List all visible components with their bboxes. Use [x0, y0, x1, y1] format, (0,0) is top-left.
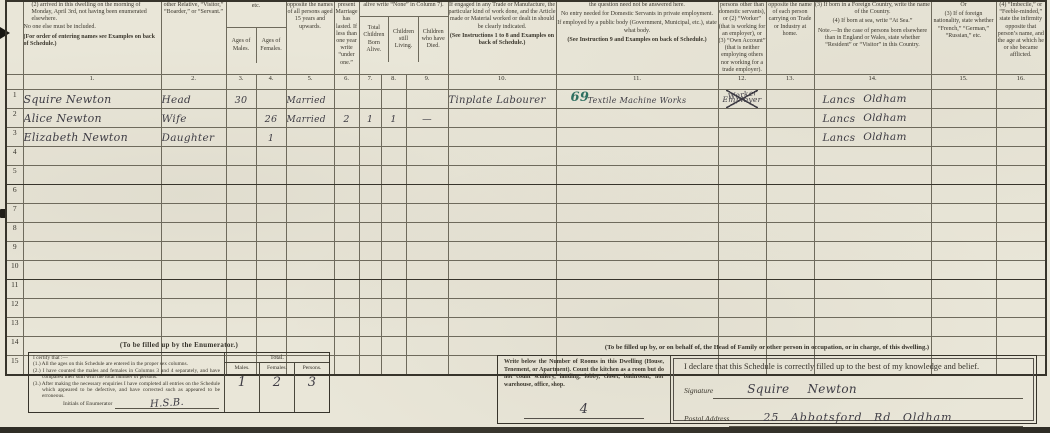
- cell-at-home: [766, 127, 814, 146]
- name-entry: Elizabeth Newton: [24, 131, 128, 144]
- birthplace-town-entry: Oldham: [863, 131, 906, 143]
- cell-birthplace: [814, 184, 931, 203]
- cell-age-female: [256, 241, 286, 260]
- cell-industry: [556, 241, 718, 260]
- cell-birthplace: [814, 146, 931, 165]
- header-col-ages-females: Ages of Females.: [256, 28, 286, 63]
- header-col-ages: etc. Ages of Males. Ages of Females.: [226, 1, 286, 74]
- initials-underline: H.S.B.: [115, 397, 219, 409]
- cell-name: [23, 184, 161, 203]
- cell-industry: [556, 260, 718, 279]
- cell-years-married: [334, 203, 359, 222]
- cell-nationality: [931, 222, 996, 241]
- cell-years-married: [334, 260, 359, 279]
- cell-relation: [161, 165, 226, 184]
- cell-children-born: [359, 165, 381, 184]
- cell-industry: [556, 317, 718, 336]
- colnum-3: 3.: [226, 74, 256, 89]
- cell-nationality: [931, 241, 996, 260]
- cell-nationality: [931, 127, 996, 146]
- cell-infirmity: [996, 222, 1046, 241]
- cell-infirmity: [996, 127, 1046, 146]
- row-number: 3: [6, 127, 23, 146]
- header-col-ages-males: Ages of Males.: [227, 28, 256, 63]
- cell-children-living: [381, 279, 406, 298]
- cell-relation: Daughter: [161, 127, 226, 146]
- postal-address-underline: 25 Abbotsford Rd Oldham: [729, 408, 1023, 427]
- cell-years-married: 2: [334, 108, 359, 127]
- cell-children-died: [406, 317, 448, 336]
- birthplace-town-entry: Oldham: [863, 93, 906, 105]
- cell-name: Alice Newton: [23, 108, 161, 127]
- cell-employment-status: [718, 108, 766, 127]
- cell-occupation: [448, 260, 556, 279]
- cell-industry: [556, 127, 718, 146]
- cell-children-living: [381, 222, 406, 241]
- cell-birthplace: [814, 298, 931, 317]
- cell-age-female: [256, 184, 286, 203]
- employment-worker-entry: [719, 279, 766, 284]
- cell-relation: [161, 241, 226, 260]
- signature-line: Signature Squire Newton: [684, 380, 1023, 399]
- row-number: 11: [6, 279, 23, 298]
- employment-worker-entry: [719, 298, 766, 303]
- initials-line: Initials of Enumerator H.S.B.: [63, 397, 219, 409]
- cell-children-died: [406, 355, 448, 375]
- age-female-entry: 1: [268, 133, 274, 144]
- cell-relation: [161, 222, 226, 241]
- cell-children-living: 1: [381, 108, 406, 127]
- cell-years-married: [334, 146, 359, 165]
- cell-name: [23, 298, 161, 317]
- cell-children-born: [359, 146, 381, 165]
- cell-age-male: [226, 165, 256, 184]
- cell-at-home: [766, 298, 814, 317]
- cell-nationality: [931, 146, 996, 165]
- cell-employment-status: [718, 298, 766, 317]
- cell-age-male: 30: [226, 89, 256, 108]
- cell-nationality: [931, 165, 996, 184]
- cell-age-female: [256, 146, 286, 165]
- header-col-children-born: Total Children Born Alive.: [360, 17, 389, 62]
- relation-entry: Daughter: [162, 132, 215, 144]
- declaration-text: I declare that this Schedule is correctl…: [684, 362, 1023, 371]
- scan-bottom-edge: [0, 427, 1050, 433]
- cell-children-living: [381, 241, 406, 260]
- cell-occupation: [448, 222, 556, 241]
- cell-years-married: [334, 279, 359, 298]
- cell-employment-status: [718, 279, 766, 298]
- header-col-children: alive write “None” in Column 7). Total C…: [359, 1, 448, 74]
- age-male-entry: 30: [235, 95, 248, 106]
- cell-age-female: [256, 165, 286, 184]
- cell-name: [23, 146, 161, 165]
- cell-relation: [161, 317, 226, 336]
- colnum-16: 16.: [996, 74, 1046, 89]
- rooms-value-entry: 4: [580, 402, 589, 417]
- cell-occupation: [448, 298, 556, 317]
- cell-birthplace: [814, 222, 931, 241]
- cell-occupation: [448, 279, 556, 298]
- employment-worker-entry: [719, 317, 766, 322]
- cell-children-born: [359, 317, 381, 336]
- cell-infirmity: [996, 184, 1046, 203]
- children-born-entry: 1: [367, 114, 373, 125]
- cell-children-died: [406, 127, 448, 146]
- cell-nationality: [931, 298, 996, 317]
- males-label: Males.: [234, 363, 249, 371]
- row-number: 2: [6, 108, 23, 127]
- cell-nationality: [931, 108, 996, 127]
- cell-years-married: [334, 355, 359, 375]
- cell-name: [23, 279, 161, 298]
- cell-nationality: [931, 184, 996, 203]
- colnum-14: 14.: [814, 74, 931, 89]
- cell-years-married: [334, 241, 359, 260]
- employment-worker-entry: [719, 184, 766, 189]
- employment-worker-entry: [719, 336, 766, 341]
- cell-infirmity: [996, 203, 1046, 222]
- cell-marriage: [286, 165, 334, 184]
- cell-children-living: [381, 165, 406, 184]
- age-female-entry: 26: [265, 114, 278, 125]
- row-number: 14: [6, 336, 23, 355]
- cell-occupation: [448, 317, 556, 336]
- cell-birthplace: [814, 165, 931, 184]
- cell-name: [23, 203, 161, 222]
- employment-worker-entry: [719, 241, 766, 246]
- column-number-row: 1. 2. 3. 4. 5. 6. 7. 8. 9. 10. 11. 12. 1…: [6, 74, 1046, 89]
- cell-children-living: [381, 127, 406, 146]
- total-females-col: Females. 2: [259, 363, 294, 412]
- cell-age-female: 26: [256, 108, 286, 127]
- table-row: 13: [6, 317, 1046, 336]
- header-col-birthplace: (3) If born in a Foreign Country, write …: [814, 1, 931, 74]
- colnum-12: 12.: [718, 74, 766, 89]
- postal-address-line: Postal Address 25 Abbotsford Rd Oldham: [684, 408, 1023, 427]
- cell-birthplace: [814, 260, 931, 279]
- cell-name: [23, 260, 161, 279]
- cell-children-living: [381, 89, 406, 108]
- cell-industry: 69Textile Machine Works: [556, 89, 718, 108]
- industry-entry: Textile Machine Works: [588, 96, 687, 105]
- cell-marriage: [286, 203, 334, 222]
- marriage-entry: Married: [287, 115, 326, 125]
- cell-children-died: [406, 336, 448, 355]
- table-row: 1 Squire Newton Head 30 Married Tinplate…: [6, 89, 1046, 108]
- header-col-particulars: opposite the names of all persons aged 1…: [286, 1, 334, 74]
- cell-employment-status: [718, 184, 766, 203]
- cell-children-born: [359, 298, 381, 317]
- cell-at-home: [766, 317, 814, 336]
- employment-worker-entry: [719, 146, 766, 151]
- header-col1-line1: (2) arrived in this dwelling on the morn…: [24, 2, 161, 24]
- row-number: 5: [6, 165, 23, 184]
- census-table: (2) arrived in this dwelling on the morn…: [5, 0, 1047, 376]
- cell-employment-status: [718, 260, 766, 279]
- table-row: 12: [6, 298, 1046, 317]
- header-col-nationality: Or (3) If of foreign nationality, state …: [931, 1, 996, 74]
- postal-address-label: Postal Address: [684, 414, 729, 423]
- cell-at-home: [766, 89, 814, 108]
- cell-nationality: [931, 203, 996, 222]
- row-number: 13: [6, 317, 23, 336]
- cell-children-living: [381, 336, 406, 355]
- employment-worker-entry: [719, 165, 766, 170]
- cell-birthplace: [814, 317, 931, 336]
- cell-infirmity: [996, 317, 1046, 336]
- cell-age-female: [256, 260, 286, 279]
- cell-years-married: [334, 127, 359, 146]
- cell-at-home: [766, 184, 814, 203]
- cell-employment-status: [718, 222, 766, 241]
- cell-name: [23, 165, 161, 184]
- cell-industry: [556, 298, 718, 317]
- cell-industry: [556, 165, 718, 184]
- table-row: 7: [6, 203, 1046, 222]
- cell-name: [23, 241, 161, 260]
- signature-entry: Squire Newton: [747, 382, 857, 396]
- header-col-employment-status: persons other than domestic servants), o…: [718, 1, 766, 74]
- birthplace-county-entry: Lancs: [823, 113, 856, 125]
- cell-birthplace: [814, 279, 931, 298]
- cell-relation: [161, 146, 226, 165]
- cell-occupation: Tinplate Labourer: [448, 89, 556, 108]
- enumerator-box: I certify that :— (1.) All the ages on t…: [28, 352, 330, 413]
- cell-name: Squire Newton: [23, 89, 161, 108]
- cell-relation: Head: [161, 89, 226, 108]
- cell-industry: [556, 279, 718, 298]
- cell-industry: [556, 146, 718, 165]
- cell-relation: [161, 279, 226, 298]
- census-form-scan: (2) arrived in this dwelling on the morn…: [0, 0, 1050, 433]
- row-number: 8: [6, 222, 23, 241]
- certify-item-2: (2.) I have counted the males and female…: [33, 368, 220, 381]
- cell-age-male: [226, 298, 256, 317]
- cell-infirmity: [996, 260, 1046, 279]
- cell-marriage: [286, 279, 334, 298]
- males-value: 1: [238, 375, 247, 390]
- header-col-occupation: If engaged in any Trade or Manufacture, …: [448, 1, 556, 74]
- cell-children-died: [406, 203, 448, 222]
- cell-name: Elizabeth Newton: [23, 127, 161, 146]
- cell-relation: [161, 298, 226, 317]
- cell-children-born: [359, 260, 381, 279]
- cell-relation: [161, 260, 226, 279]
- table-row: 10: [6, 260, 1046, 279]
- cell-years-married: [334, 165, 359, 184]
- cell-infirmity: [996, 146, 1046, 165]
- cell-occupation: [448, 203, 556, 222]
- cell-employment-status: [718, 127, 766, 146]
- head-section-title: (To be filled up by, or on behalf of, th…: [497, 344, 1037, 351]
- cell-marriage: [286, 241, 334, 260]
- cell-children-died: [406, 89, 448, 108]
- total-label: Total.: [225, 353, 329, 363]
- cell-age-female: [256, 279, 286, 298]
- header-rownum: [6, 1, 23, 74]
- cell-children-living: [381, 184, 406, 203]
- cell-industry: [556, 184, 718, 203]
- colnum-7: 7.: [359, 74, 381, 89]
- cell-children-died: [406, 184, 448, 203]
- cell-at-home: [766, 241, 814, 260]
- colnum-15: 15.: [931, 74, 996, 89]
- header-col-infirmity: (4) “Imbecile,” or “Feeble-minded,” stat…: [996, 1, 1046, 74]
- cell-children-died: —: [406, 108, 448, 127]
- table-row: 11: [6, 279, 1046, 298]
- rooms-underline: 4: [524, 400, 644, 419]
- cell-children-born: [359, 241, 381, 260]
- cell-marriage: Married: [286, 89, 334, 108]
- cell-children-living: [381, 146, 406, 165]
- cell-age-male: [226, 108, 256, 127]
- cell-at-home: [766, 146, 814, 165]
- cell-infirmity: [996, 241, 1046, 260]
- cell-children-born: 1: [359, 108, 381, 127]
- postal-address-entry: 25 Abbotsford Rd Oldham: [763, 411, 952, 424]
- cell-age-male: [226, 317, 256, 336]
- females-value: 2: [273, 375, 282, 390]
- relation-entry: Wife: [162, 113, 187, 125]
- row-number: 15: [6, 355, 23, 375]
- cell-children-died: [406, 146, 448, 165]
- row-number: 9: [6, 241, 23, 260]
- cell-age-male: [226, 203, 256, 222]
- table-row: 2 Alice Newton Wife 26 Married 2 1 1 — L…: [6, 108, 1046, 127]
- cell-children-living: [381, 260, 406, 279]
- cell-industry: [556, 222, 718, 241]
- cell-at-home: [766, 165, 814, 184]
- signature-label: Signature: [684, 386, 713, 395]
- cell-occupation: [448, 165, 556, 184]
- cell-children-died: [406, 222, 448, 241]
- cell-at-home: [766, 260, 814, 279]
- cell-children-living: [381, 298, 406, 317]
- cell-children-born: [359, 203, 381, 222]
- cell-relation: [161, 203, 226, 222]
- cell-employment-status: WorkerEmployer: [718, 89, 766, 108]
- cell-employment-status: [718, 203, 766, 222]
- employment-worker-entry: [719, 222, 766, 227]
- table-row: 6: [6, 184, 1046, 203]
- cell-infirmity: [996, 165, 1046, 184]
- employment-worker-entry: [719, 203, 766, 208]
- cell-age-female: [256, 89, 286, 108]
- cell-birthplace: LancsOldham: [814, 89, 931, 108]
- females-label: Females.: [267, 363, 287, 371]
- cell-age-male: [226, 241, 256, 260]
- birthplace-county-entry: Lancs: [823, 94, 856, 106]
- employment-worker-entry: [719, 127, 766, 132]
- cell-birthplace: LancsOldham: [814, 108, 931, 127]
- cell-industry: [556, 108, 718, 127]
- header-children-top: alive write “None” in Column 7).: [360, 2, 448, 16]
- cell-occupation: [448, 108, 556, 127]
- persons-value: 3: [308, 375, 317, 390]
- birthplace-town-entry: Oldham: [863, 112, 906, 124]
- cell-infirmity: [996, 89, 1046, 108]
- initials-entry: H.S.B.: [150, 397, 185, 410]
- header-col-relation: other Relative, “Visitor,” “Boarder,” or…: [161, 1, 226, 74]
- cell-children-died: [406, 260, 448, 279]
- header-col-working-at-home: opposite the name of each person carryin…: [766, 1, 814, 74]
- header-col1-line3: (For order of entering names see Example…: [24, 34, 161, 48]
- cell-birthplace: [814, 241, 931, 260]
- colnum-6: 6.: [334, 74, 359, 89]
- cell-age-female: [256, 222, 286, 241]
- header-col-industry: the question need not be answered here. …: [556, 1, 718, 74]
- cell-age-female: [256, 203, 286, 222]
- cell-nationality: [931, 317, 996, 336]
- enumerator-section-title: (To be filled up by the Enumerator.): [28, 341, 330, 349]
- relation-entry: Head: [162, 94, 192, 106]
- colnum-9: 9.: [406, 74, 448, 89]
- row-number: 12: [6, 298, 23, 317]
- signature-underline: Squire Newton: [713, 380, 1023, 399]
- table-row: 8: [6, 222, 1046, 241]
- cell-employment-status: [718, 317, 766, 336]
- occupation-code-mark: 69: [571, 90, 590, 105]
- colnum-1: 1.: [23, 74, 161, 89]
- cell-children-living: [381, 355, 406, 375]
- header-ages-top: etc.: [227, 2, 286, 27]
- enumerator-certification: I certify that :— (1.) All the ages on t…: [29, 353, 224, 412]
- children-died-entry: —: [422, 114, 432, 125]
- cell-years-married: [334, 317, 359, 336]
- cell-nationality: [931, 279, 996, 298]
- cell-age-male: [226, 146, 256, 165]
- cell-children-born: [359, 184, 381, 203]
- cell-children-died: [406, 298, 448, 317]
- cell-children-died: [406, 279, 448, 298]
- colnum-4: 4.: [256, 74, 286, 89]
- cell-years-married: [334, 298, 359, 317]
- declaration-cell: I declare that this Schedule is correctl…: [670, 356, 1036, 423]
- cell-children-born: [359, 355, 381, 375]
- rooms-instructions: Write below the Number of Rooms in this …: [504, 359, 664, 389]
- cell-children-born: [359, 336, 381, 355]
- cell-marriage: [286, 146, 334, 165]
- header-col-years-married: present Marriage has lasted. If less tha…: [334, 1, 359, 74]
- row-number: 4: [6, 146, 23, 165]
- name-entry: Squire Newton: [24, 93, 112, 106]
- cell-age-female: 1: [256, 127, 286, 146]
- employment-employer-entry: Employer: [719, 96, 766, 104]
- header-col-children-died: Children who have Died.: [418, 17, 448, 62]
- cell-name: [23, 222, 161, 241]
- cell-occupation: [448, 127, 556, 146]
- cell-at-home: [766, 203, 814, 222]
- cell-age-male: [226, 127, 256, 146]
- cell-marriage: [286, 127, 334, 146]
- cell-marriage: [286, 298, 334, 317]
- name-entry: Alice Newton: [24, 112, 102, 125]
- cell-relation: Wife: [161, 108, 226, 127]
- row-number: 7: [6, 203, 23, 222]
- table-row: 3 Elizabeth Newton Daughter 1 LancsOldha…: [6, 127, 1046, 146]
- cell-at-home: [766, 279, 814, 298]
- cell-age-female: [256, 298, 286, 317]
- cell-industry: [556, 203, 718, 222]
- cell-marriage: [286, 184, 334, 203]
- cell-employment-status: [718, 241, 766, 260]
- cell-years-married: [334, 89, 359, 108]
- cell-at-home: [766, 108, 814, 127]
- cell-at-home: [766, 222, 814, 241]
- employment-worker-entry: [719, 108, 766, 113]
- cell-age-male: [226, 260, 256, 279]
